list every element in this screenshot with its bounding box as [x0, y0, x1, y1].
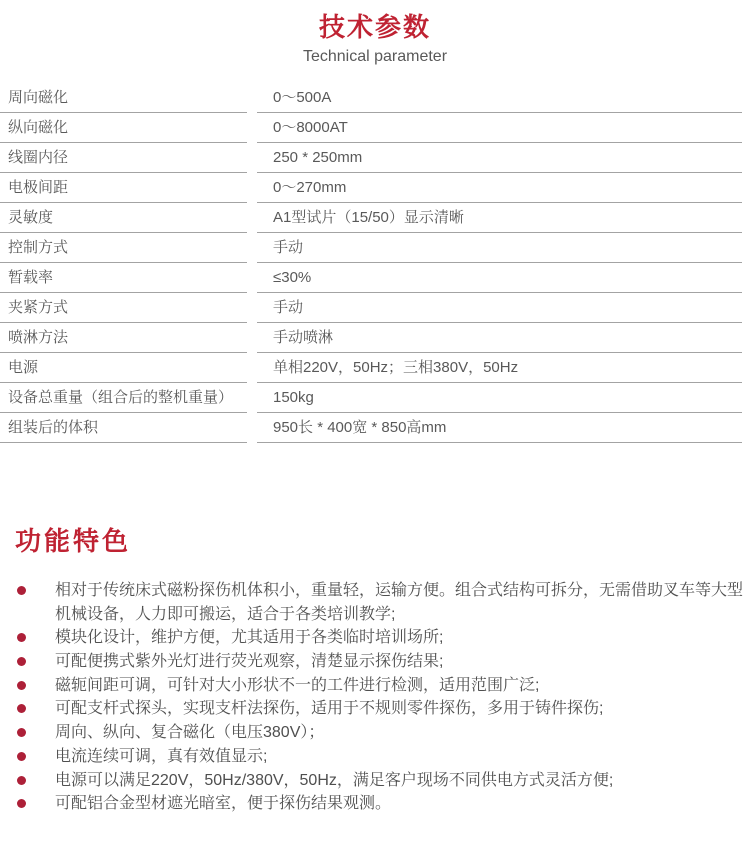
page-subtitle: Technical parameter	[0, 47, 750, 66]
spec-table: 周向磁化0～500A纵向磁化0～8000AT线圈内径250 * 250mm电极间…	[0, 83, 742, 443]
spec-value: 手动喷淋	[257, 323, 742, 353]
spec-row: 暂载率≤30%	[0, 263, 742, 293]
spec-label: 纵向磁化	[0, 113, 247, 143]
spec-label: 喷淋方法	[0, 323, 247, 353]
spec-value: 0～500A	[257, 83, 742, 113]
spec-row: 喷淋方法手动喷淋	[0, 323, 742, 353]
spec-row: 电极间距0～270mm	[0, 173, 742, 203]
spec-label: 线圈内径	[0, 143, 247, 173]
feature-text: 电源可以满足220V，50Hz/380V，50Hz，满足客户现场不同供电方式灵活…	[55, 772, 613, 789]
feature-item: 相对于传统床式磁粉探伤机体积小，重量轻，运输方便。组合式结构可拆分，无需借助叉车…	[15, 579, 744, 626]
feature-text: 电流连续可调，真有效值显示;	[55, 748, 267, 765]
page: 技术参数 Technical parameter 周向磁化0～500A纵向磁化0…	[0, 0, 750, 863]
spec-value: 950长 * 400宽 * 850高mm	[257, 413, 742, 443]
spec-label: 电极间距	[0, 173, 247, 203]
bullet-dot-icon	[17, 681, 26, 690]
feature-item: 电源可以满足220V，50Hz/380V，50Hz，满足客户现场不同供电方式灵活…	[15, 769, 744, 793]
spec-label: 设备总重量（组合后的整机重量）	[0, 383, 247, 413]
spec-value: 单相220V，50Hz；三相380V，50Hz	[257, 353, 742, 383]
spec-label: 灵敏度	[0, 203, 247, 233]
feature-text: 磁轭间距可调，可针对大小形状不一的工件进行检测，适用范围广泛;	[55, 677, 539, 694]
feature-item: 模块化设计，维护方便，尤其适用于各类临时培训场所;	[15, 626, 744, 650]
spec-value: 手动	[257, 233, 742, 263]
spec-row: 设备总重量（组合后的整机重量）150kg	[0, 383, 742, 413]
page-title: 技术参数	[0, 12, 750, 43]
spec-row: 控制方式手动	[0, 233, 742, 263]
spec-label: 暂载率	[0, 263, 247, 293]
feature-item: 可配铝合金型材遮光暗室，便于探伤结果观测。	[15, 792, 744, 816]
spec-value: 250 * 250mm	[257, 143, 742, 173]
spec-value: 0～8000AT	[257, 113, 742, 143]
feature-item: 周向、纵向、复合磁化（电压380V）；	[15, 721, 744, 745]
spec-label: 夹紧方式	[0, 293, 247, 323]
bullet-dot-icon	[17, 776, 26, 785]
spec-row: 周向磁化0～500A	[0, 83, 742, 113]
page-header: 技术参数 Technical parameter	[0, 0, 750, 66]
bullet-dot-icon	[17, 799, 26, 808]
feature-text: 周向、纵向、复合磁化（电压380V）；	[55, 724, 324, 741]
feature-text: 模块化设计，维护方便，尤其适用于各类临时培训场所;	[55, 629, 443, 646]
feature-item: 可配支杆式探头，实现支杆法探伤，适用于不规则零件探伤，多用于铸件探伤;	[15, 697, 744, 721]
feature-text: 相对于传统床式磁粉探伤机体积小，重量轻，运输方便。组合式结构可拆分，无需借助叉车…	[55, 582, 743, 623]
spec-value: 150kg	[257, 383, 742, 413]
bullet-dot-icon	[17, 586, 26, 595]
spec-label: 电源	[0, 353, 247, 383]
spec-value: A1型试片（15/50）显示清晰	[257, 203, 742, 233]
features-title: 功能特色	[15, 527, 744, 556]
spec-row: 组装后的体积950长 * 400宽 * 850高mm	[0, 413, 742, 443]
spec-row: 夹紧方式手动	[0, 293, 742, 323]
spec-row: 灵敏度A1型试片（15/50）显示清晰	[0, 203, 742, 233]
bullet-dot-icon	[17, 752, 26, 761]
bullet-dot-icon	[17, 728, 26, 737]
feature-text: 可配铝合金型材遮光暗室，便于探伤结果观测。	[55, 795, 391, 812]
bullet-dot-icon	[17, 657, 26, 666]
spec-label: 周向磁化	[0, 83, 247, 113]
spec-label: 组装后的体积	[0, 413, 247, 443]
feature-item: 磁轭间距可调，可针对大小形状不一的工件进行检测，适用范围广泛;	[15, 674, 744, 698]
bullet-dot-icon	[17, 633, 26, 642]
spec-value: 0～270mm	[257, 173, 742, 203]
spec-row: 纵向磁化0～8000AT	[0, 113, 742, 143]
spec-row: 电源单相220V，50Hz；三相380V，50Hz	[0, 353, 742, 383]
feature-item: 可配便携式紫外光灯进行荧光观察，清楚显示探伤结果;	[15, 650, 744, 674]
spec-value: ≤30%	[257, 263, 742, 293]
feature-text: 可配便携式紫外光灯进行荧光观察，清楚显示探伤结果;	[55, 653, 443, 670]
feature-item: 电流连续可调，真有效值显示;	[15, 745, 744, 769]
bullet-dot-icon	[17, 704, 26, 713]
feature-text: 可配支杆式探头，实现支杆法探伤，适用于不规则零件探伤，多用于铸件探伤;	[55, 700, 603, 717]
features-list: 相对于传统床式磁粉探伤机体积小，重量轻，运输方便。组合式结构可拆分，无需借助叉车…	[15, 579, 744, 816]
spec-value: 手动	[257, 293, 742, 323]
spec-row: 线圈内径250 * 250mm	[0, 143, 742, 173]
features-section: 功能特色 相对于传统床式磁粉探伤机体积小，重量轻，运输方便。组合式结构可拆分，无…	[0, 527, 750, 816]
spec-label: 控制方式	[0, 233, 247, 263]
